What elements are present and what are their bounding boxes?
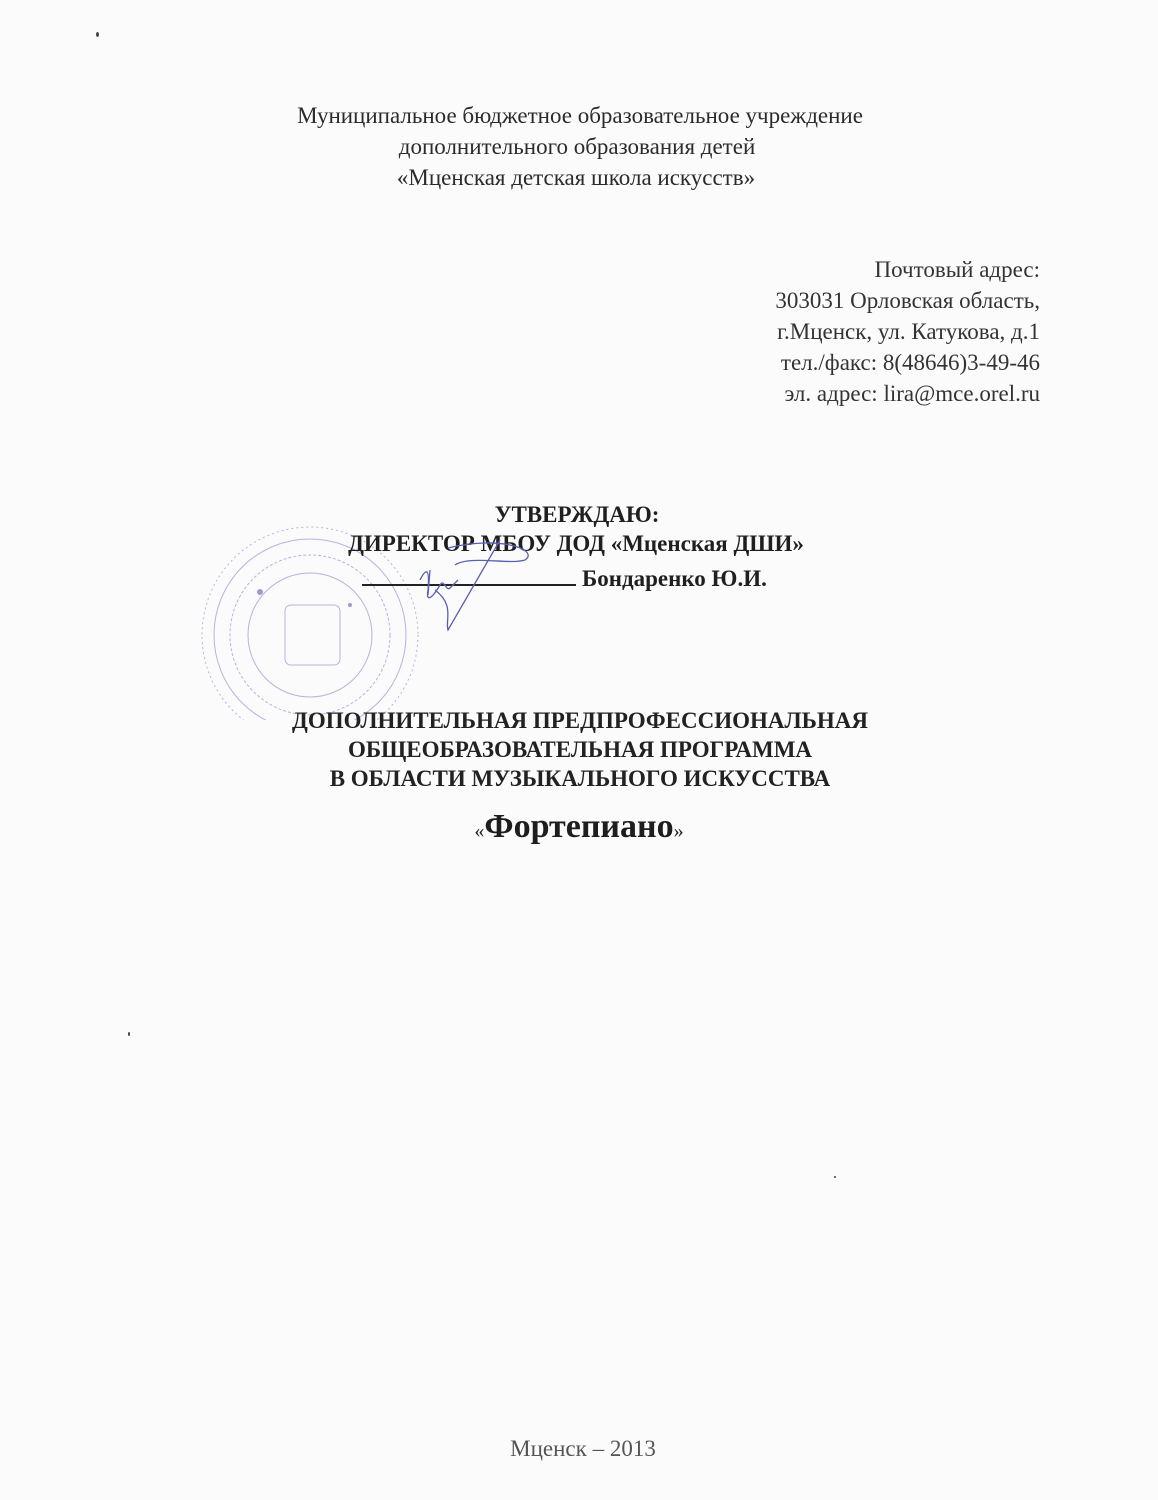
handwritten-signature-icon [400,540,540,640]
scan-speck [96,32,99,37]
director-position: ДИРЕКТОР МБОУ ДОД «Мценская ДШИ» [0,529,1155,558]
approval-heading: УТВЕРЖДАЮ: [0,500,1156,529]
place-year-text: Мценск – 2013 [510,1436,656,1461]
approval-block: УТВЕРЖДАЮ: ДИРЕКТОР МБОУ ДОД «Мценская Д… [0,500,1158,558]
address-email: эл. адрес: lira@mce.orel.ru [775,378,1040,409]
director-name: Бондаренко Ю.И. [582,566,767,591]
program-heading: ДОПОЛНИТЕЛЬНАЯ ПРЕДПРОФЕССИОНАЛЬНАЯ ОБЩЕ… [0,706,1158,793]
program-title: «Фортепиано» [0,808,1158,846]
institution-line-2: дополнительного образования детей [0,131,1156,162]
address-region: 303031 Орловская область, [775,285,1040,316]
program-line-3: В ОБЛАСТИ МУЗЫКАЛЬНОГО ИСКУССТВА [1,764,1158,793]
institution-name: «Мценская детская школа искусств» [0,162,1155,193]
address-phone: тел./факс: 8(48646)3-49-46 [775,347,1040,378]
quote-close: » [674,820,684,842]
program-title-text: Фортепиано [484,808,673,845]
institution-header: Муниципальное бюджетное образовательное … [0,100,1158,193]
footer-place-year: Мценск – 2013 [0,1436,1158,1462]
postal-address-block: Почтовый адрес: 303031 Орловская область… [775,254,1040,409]
scan-speck [128,1032,130,1036]
institution-line-1: Муниципальное бюджетное образовательное … [1,100,1158,131]
quote-open: « [474,820,484,842]
program-line-1: ДОПОЛНИТЕЛЬНАЯ ПРЕДПРОФЕССИОНАЛЬНАЯ [1,706,1158,735]
program-line-2: ОБЩЕОБРАЗОВАТЕЛЬНАЯ ПРОГРАММА [1,735,1158,764]
address-street: г.Мценск, ул. Катукова, д.1 [775,316,1040,347]
address-label: Почтовый адрес: [775,254,1040,285]
scan-speck [834,1176,836,1178]
